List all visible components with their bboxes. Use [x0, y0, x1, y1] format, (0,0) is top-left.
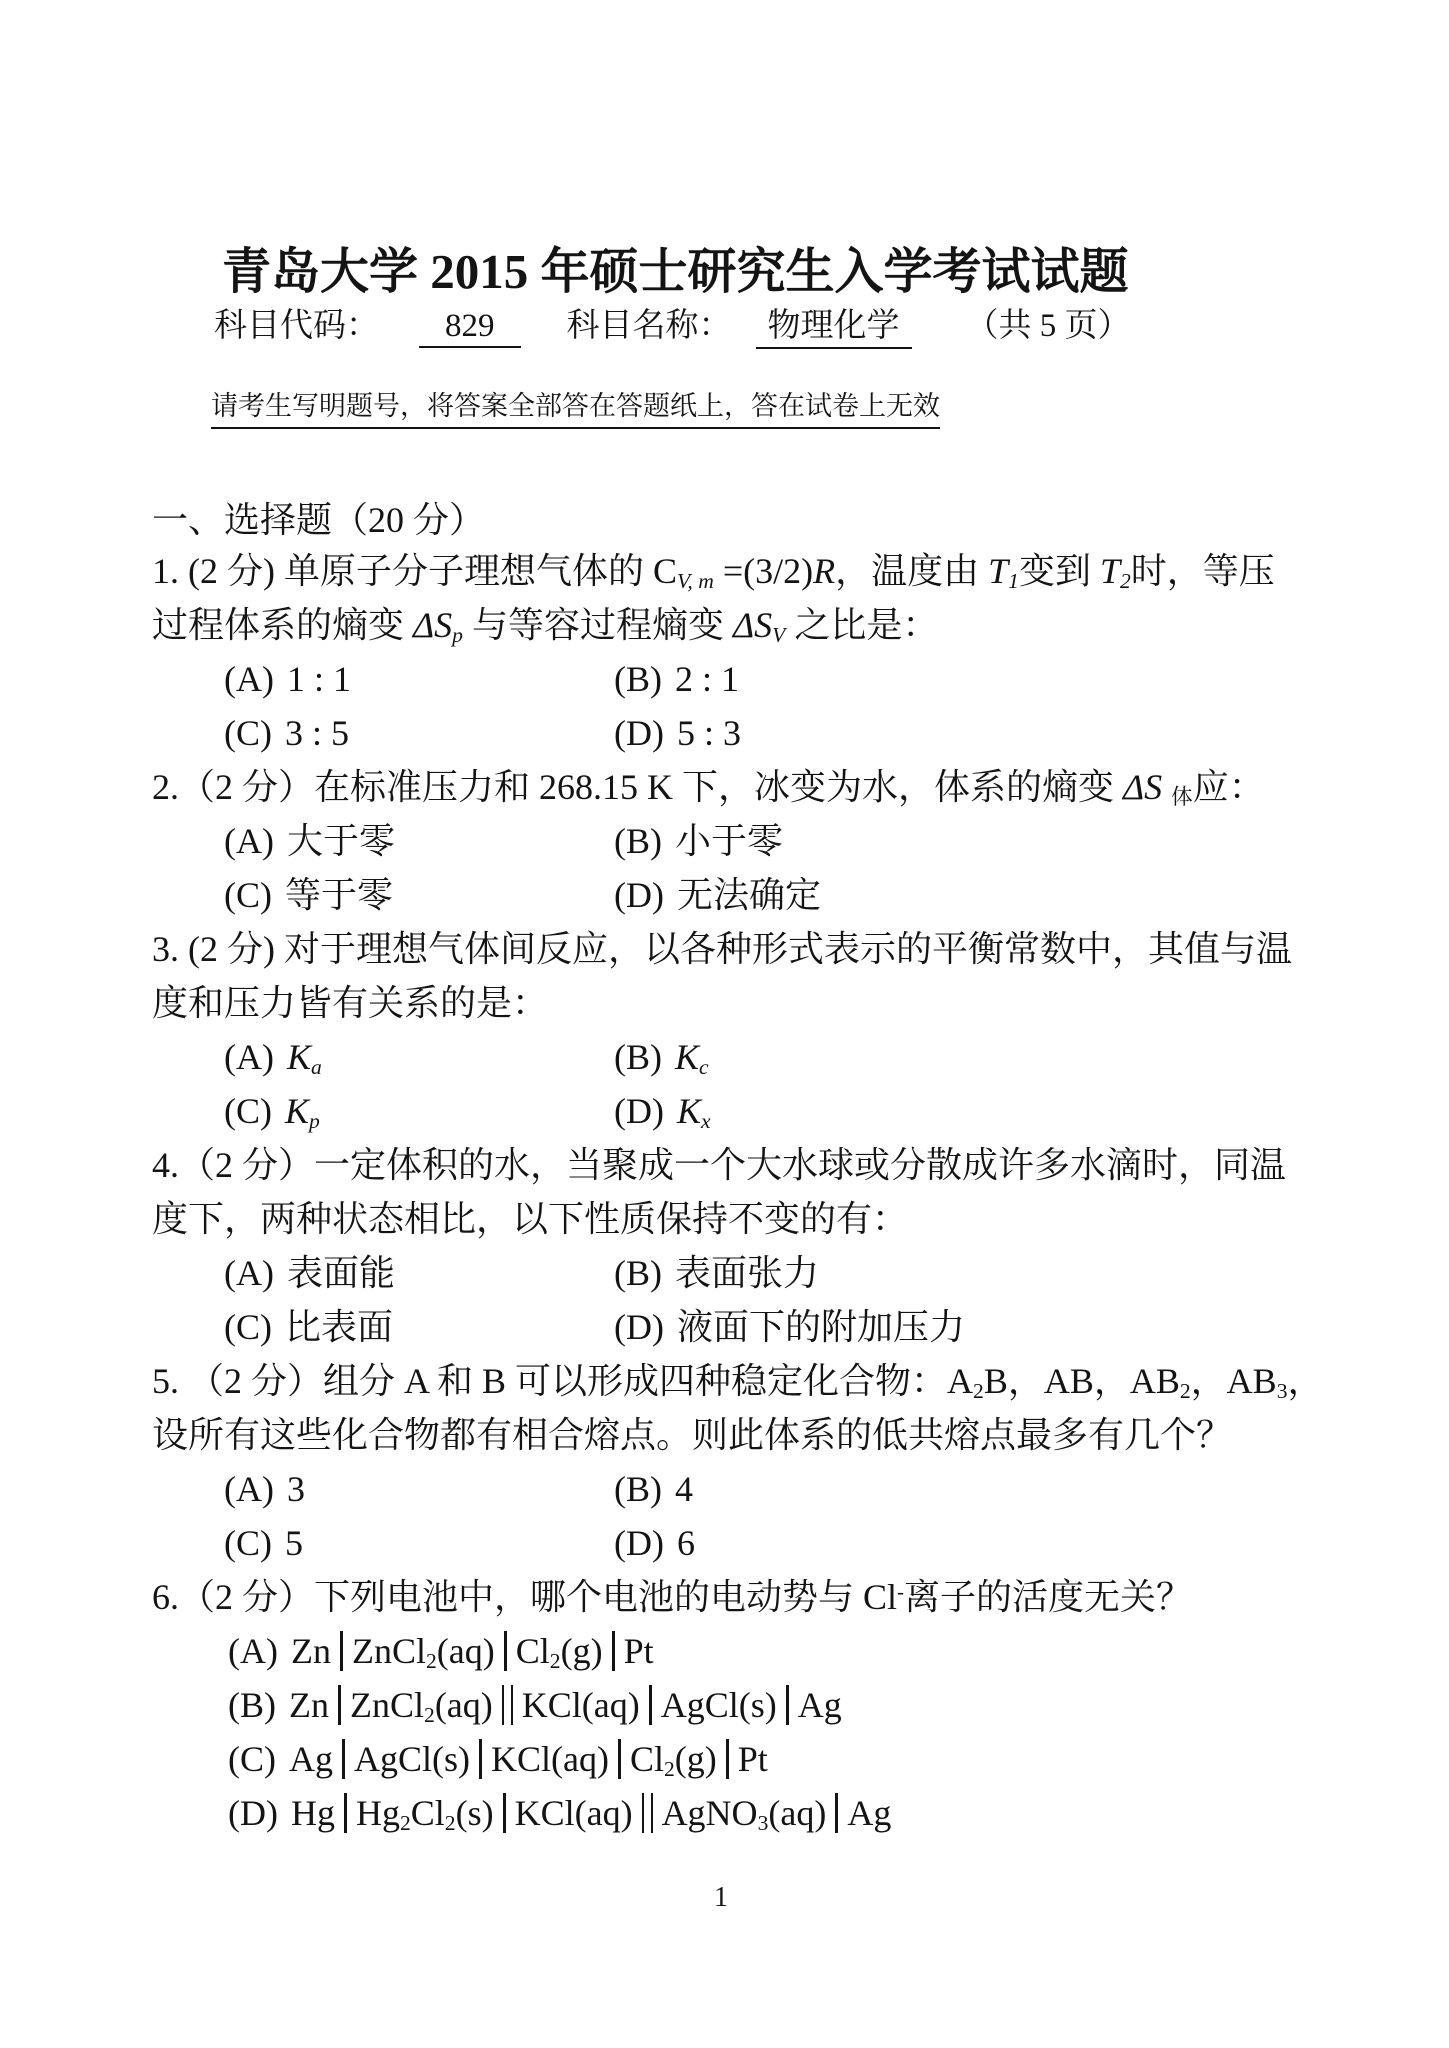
option-6-D: (D)Hg│Hg2Cl2(s)│KCl(aq)‖AgNO3(aq)│Ag [228, 1786, 1327, 1840]
text-segment: 时，等压 [1131, 551, 1275, 591]
text-segment: a [311, 1055, 322, 1079]
text-segment: AgNO [662, 1793, 758, 1833]
text-segment: 1 : 1 [287, 659, 351, 699]
option-label: (A) [224, 1037, 274, 1077]
text-segment: ‖ [642, 1793, 653, 1833]
question-3-stem-line: 度和压力皆有关系的是： [152, 976, 1327, 1030]
option-text: Kp [285, 1091, 320, 1131]
option-text: 3 [287, 1469, 305, 1509]
text-segment: 表面能 [287, 1253, 395, 1293]
subject-code-label: 科目代码： [214, 308, 379, 344]
option-text: 4 [675, 1469, 693, 1509]
option-3-A: (A)Ka [224, 1030, 614, 1084]
option-text: 等于零 [285, 875, 393, 915]
option-5-C: (C)5 [224, 1516, 614, 1570]
question-4-options: (A)表面能(B)表面张力(C)比表面(D)液面下的附加压力 [152, 1246, 1327, 1354]
page-number: 1 [714, 1882, 728, 1914]
option-label: (A) [224, 821, 274, 861]
option-5-A: (A)3 [224, 1462, 614, 1516]
text-segment: │ [649, 1685, 652, 1725]
question-1-stem-line: 1. (2 分) 单原子分子理想气体的 CV, m =(3/2)R，温度由 T1… [152, 544, 1327, 598]
text-segment: 之比是： [785, 605, 938, 645]
text-segment: Zn [291, 1631, 331, 1671]
text-segment: ΔS [733, 605, 772, 645]
text-segment: 度和压力皆有关系的是： [152, 983, 548, 1023]
text-segment: Pt [738, 1739, 768, 1779]
text-segment: 2 [664, 1757, 675, 1781]
question-1-stem-line: 过程体系的熵变 ΔSp 与等容过程熵变 ΔSV 之比是： [152, 598, 1327, 652]
subject-code-value: 829 [419, 308, 521, 348]
question-list: 1. (2 分) 单原子分子理想气体的 CV, m =(3/2)R，温度由 T1… [152, 544, 1327, 1840]
text-segment: │ [342, 1739, 345, 1779]
text-segment: 2 [424, 1703, 435, 1727]
option-text: 1 : 1 [287, 659, 351, 699]
option-text: 大于零 [287, 821, 395, 861]
text-segment: (aq) [437, 1631, 495, 1671]
question-1: 1. (2 分) 单原子分子理想气体的 CV, m =(3/2)R，温度由 T1… [152, 544, 1327, 760]
text-segment: 应： [1193, 767, 1265, 807]
option-4-C: (C)比表面 [224, 1300, 614, 1354]
option-label: (A) [224, 1253, 274, 1293]
text-segment: K [285, 1091, 309, 1131]
text-segment: V, m [677, 569, 714, 593]
text-segment: ， [1287, 1361, 1323, 1401]
option-text: Hg│Hg2Cl2(s)│KCl(aq)‖AgNO3(aq)│Ag [291, 1793, 891, 1833]
text-segment: 6.（2 分）下列电池中，哪个电池的电动势与 Cl [152, 1577, 897, 1617]
text-segment: (aq) [768, 1793, 826, 1833]
option-text: 小于零 [675, 821, 783, 861]
text-segment: │ [618, 1739, 621, 1779]
question-5-stem-line: 5. （2 分）组分 A 和 B 可以形成四种稳定化合物：A2B，AB，AB2，… [152, 1354, 1327, 1408]
option-text: 2 : 1 [675, 659, 739, 699]
option-text: 5 [285, 1523, 303, 1563]
question-3: 3. (2 分) 对于理想气体间反应，以各种形式表示的平衡常数中，其值与温度和压… [152, 922, 1327, 1138]
option-label: (A) [228, 1631, 278, 1671]
text-segment: Cl [630, 1739, 664, 1779]
question-6: 6.（2 分）下列电池中，哪个电池的电动势与 Cl-离子的活度无关？(A)Zn│… [152, 1570, 1327, 1840]
option-label: (C) [224, 1523, 272, 1563]
option-2-B: (B)小于零 [614, 814, 1327, 868]
option-4-A: (A)表面能 [224, 1246, 614, 1300]
option-text: Zn│ZnCl2(aq)│Cl2(g)│Pt [291, 1631, 654, 1671]
answer-sheet-instruction: 请考生写明题号，将答案全部答在答题纸上，答在试卷上无效 [211, 384, 940, 429]
option-2-D: (D)无法确定 [614, 868, 1327, 922]
text-segment: KCl(aq) [491, 1739, 609, 1779]
text-segment: 3 [758, 1811, 769, 1835]
option-label: (D) [614, 875, 664, 915]
option-5-B: (B)4 [614, 1462, 1327, 1516]
text-segment: 3. (2 分) 对于理想气体间反应，以各种形式表示的平衡常数中，其值与温 [152, 929, 1292, 969]
text-segment: 比表面 [285, 1307, 393, 1347]
subject-info-line: 科目代码：829科目名称：物理化学（共 5 页） [214, 299, 1131, 349]
option-label: (B) [614, 659, 662, 699]
text-segment: T [988, 551, 1008, 591]
text-segment: 3 [1277, 1379, 1288, 1403]
subject-name-value: 物理化学 [756, 299, 912, 349]
text-segment: 5. （2 分）组分 A 和 B 可以形成四种稳定化合物：A [152, 1361, 973, 1401]
text-segment: KCl(aq) [515, 1793, 633, 1833]
text-segment: (g) [675, 1739, 717, 1779]
text-segment: Hg [291, 1793, 335, 1833]
option-label: (C) [228, 1739, 276, 1779]
text-segment: │ [344, 1793, 347, 1833]
option-1-D: (D)5 : 3 [614, 706, 1327, 760]
text-segment: ΔS [413, 605, 452, 645]
option-label: (C) [224, 1091, 272, 1131]
question-2-stem-line: 2.（2 分）在标准压力和 268.15 K 下，冰变为水，体系的熵变 ΔS 体… [152, 760, 1327, 814]
option-text: 比表面 [285, 1307, 393, 1347]
option-label: (B) [614, 821, 662, 861]
text-segment: - [897, 1580, 904, 1604]
option-4-B: (B)表面张力 [614, 1246, 1327, 1300]
text-segment: ZnCl [352, 1631, 426, 1671]
text-segment: ZnCl [350, 1685, 424, 1725]
text-segment: p [309, 1109, 320, 1133]
option-text: 5 : 3 [677, 713, 741, 753]
text-segment: AgCl(s) [354, 1739, 470, 1779]
text-segment: =(3/2) [714, 551, 813, 591]
option-label: (A) [224, 659, 274, 699]
text-segment: p [452, 623, 463, 647]
text-segment: ，温度由 [835, 551, 988, 591]
text-segment: 2.（2 分）在标准压力和 268.15 K 下，冰变为水，体系的熵变 [152, 767, 1123, 807]
text-segment: 度下，两种状态相比，以下性质保持不变的有： [152, 1199, 908, 1239]
text-segment: │ [340, 1631, 343, 1671]
text-segment: 2 [1120, 569, 1131, 593]
text-segment: KCl(aq) [522, 1685, 640, 1725]
text-segment: B，AB，AB [984, 1361, 1180, 1401]
text-segment: 体 [1171, 785, 1193, 809]
text-segment: K [677, 1091, 701, 1131]
question-6-options: (A)Zn│ZnCl2(aq)│Cl2(g)│Pt(B)Zn│ZnCl2(aq)… [152, 1624, 1327, 1840]
question-4-stem-line: 度下，两种状态相比，以下性质保持不变的有： [152, 1192, 1327, 1246]
question-6-stem-line: 6.（2 分）下列电池中，哪个电池的电动势与 Cl-离子的活度无关？ [152, 1570, 1327, 1624]
text-segment: K [675, 1037, 699, 1077]
option-label: (B) [228, 1685, 276, 1725]
text-segment: 4.（2 分）一定体积的水，当聚成一个大水球或分散成许多水滴时，同温 [152, 1145, 1286, 1185]
text-segment: Cl [516, 1631, 550, 1671]
text-segment: c [699, 1055, 709, 1079]
text-segment: 无法确定 [677, 875, 821, 915]
text-segment: Hg [356, 1793, 400, 1833]
text-segment: 2 [973, 1379, 984, 1403]
text-segment: x [701, 1109, 711, 1133]
option-text: 3 : 5 [285, 713, 349, 753]
text-segment: AgCl(s) [661, 1685, 777, 1725]
question-5: 5. （2 分）组分 A 和 B 可以形成四种稳定化合物：A2B，AB，AB2，… [152, 1354, 1327, 1570]
option-3-D: (D)Kx [614, 1084, 1327, 1138]
text-segment: │ [503, 1793, 506, 1833]
text-segment: 6 [677, 1523, 695, 1563]
text-segment: │ [612, 1631, 615, 1671]
page-title: 青岛大学 2015 年硕士研究生入学考试试题 [222, 233, 1129, 303]
option-text: Ka [287, 1037, 322, 1077]
text-segment: │ [504, 1631, 507, 1671]
text-segment: ‖ [502, 1685, 513, 1725]
text-segment: 液面下的附加压力 [677, 1307, 965, 1347]
text-segment: │ [835, 1793, 838, 1833]
question-1-options: (A)1 : 1(B)2 : 1(C)3 : 5(D)5 : 3 [152, 652, 1327, 760]
option-text: 6 [677, 1523, 695, 1563]
option-label: (B) [614, 1253, 662, 1293]
option-label: (B) [614, 1469, 662, 1509]
text-segment: 1 [1008, 569, 1019, 593]
text-segment: 2 [400, 1811, 411, 1835]
option-text: 无法确定 [677, 875, 821, 915]
option-label: (D) [228, 1793, 278, 1833]
text-segment: (s) [456, 1793, 494, 1833]
text-segment: Ag [798, 1685, 842, 1725]
option-text: Kx [677, 1091, 711, 1131]
question-4-stem-line: 4.（2 分）一定体积的水，当聚成一个大水球或分散成许多水滴时，同温 [152, 1138, 1327, 1192]
subject-name-label: 科目名称： [567, 308, 732, 344]
text-segment: │ [786, 1685, 789, 1725]
question-4: 4.（2 分）一定体积的水，当聚成一个大水球或分散成许多水滴时，同温度下，两种状… [152, 1138, 1327, 1354]
option-label: (D) [614, 1307, 664, 1347]
text-segment: 5 : 3 [677, 713, 741, 753]
option-text: Zn│ZnCl2(aq)‖KCl(aq)│AgCl(s)│Ag [289, 1685, 842, 1725]
text-segment: Pt [624, 1631, 654, 1671]
text-segment: │ [726, 1739, 729, 1779]
option-text: Ag│AgCl(s)│KCl(aq)│Cl2(g)│Pt [289, 1739, 768, 1779]
text-segment: 2 [426, 1649, 437, 1673]
text-segment: V [772, 623, 785, 647]
option-text: Kc [675, 1037, 709, 1077]
text-segment: R [813, 551, 835, 591]
text-segment: │ [479, 1739, 482, 1779]
option-2-A: (A)大于零 [224, 814, 614, 868]
option-label: (D) [614, 1091, 664, 1131]
option-text: 表面张力 [675, 1253, 819, 1293]
option-text: 表面能 [287, 1253, 395, 1293]
option-6-A: (A)Zn│ZnCl2(aq)│Cl2(g)│Pt [228, 1624, 1327, 1678]
text-segment: 离子的活度无关？ [904, 1577, 1192, 1617]
text-segment: 3 [287, 1469, 305, 1509]
text-segment: ΔS [1123, 767, 1171, 807]
text-segment: 2 : 1 [675, 659, 739, 699]
text-segment: 大于零 [287, 821, 395, 861]
text-segment: 表面张力 [675, 1253, 819, 1293]
question-2-options: (A)大于零(B)小于零(C)等于零(D)无法确定 [152, 814, 1327, 922]
text-segment: 1. (2 分) 单原子分子理想气体的 C [152, 551, 677, 591]
text-segment: 等于零 [285, 875, 393, 915]
text-segment: 2 [1180, 1379, 1191, 1403]
option-1-C: (C)3 : 5 [224, 706, 614, 760]
option-1-B: (B)2 : 1 [614, 652, 1327, 706]
option-4-D: (D)液面下的附加压力 [614, 1300, 1327, 1354]
option-text: 液面下的附加压力 [677, 1307, 965, 1347]
section-heading: 一、选择题（20 分） [152, 492, 485, 543]
text-segment: Zn [289, 1685, 329, 1725]
option-6-C: (C)Ag│AgCl(s)│KCl(aq)│Cl2(g)│Pt [228, 1732, 1327, 1786]
text-segment: │ [338, 1685, 341, 1725]
exam-paper-page: 青岛大学 2015 年硕士研究生入学考试试题 科目代码：829科目名称：物理化学… [0, 0, 1449, 2048]
question-5-stem-line: 设所有这些化合物都有相合熔点。则此体系的低共熔点最多有几个？ [152, 1408, 1327, 1462]
option-1-A: (A)1 : 1 [224, 652, 614, 706]
option-label: (D) [614, 713, 664, 753]
option-3-B: (B)Kc [614, 1030, 1327, 1084]
text-segment: ，AB [1191, 1361, 1277, 1401]
text-segment: (aq) [435, 1685, 493, 1725]
option-label: (B) [614, 1037, 662, 1077]
text-segment: (g) [561, 1631, 603, 1671]
text-segment: 5 [285, 1523, 303, 1563]
option-3-C: (C)Kp [224, 1084, 614, 1138]
text-segment: 过程体系的熵变 [152, 605, 413, 645]
text-segment: 与等容过程熵变 [463, 605, 733, 645]
text-segment: 小于零 [675, 821, 783, 861]
text-segment: 变到 [1019, 551, 1100, 591]
text-segment: 2 [445, 1811, 456, 1835]
option-label: (A) [224, 1469, 274, 1509]
option-label: (D) [614, 1523, 664, 1563]
question-5-options: (A)3(B)4(C)5(D)6 [152, 1462, 1327, 1570]
text-segment: Ag [289, 1739, 333, 1779]
option-6-B: (B)Zn│ZnCl2(aq)‖KCl(aq)│AgCl(s)│Ag [228, 1678, 1327, 1732]
option-label: (C) [224, 713, 272, 753]
total-pages-note: （共 5 页） [966, 308, 1131, 344]
option-label: (C) [224, 875, 272, 915]
text-segment: 设所有这些化合物都有相合熔点。则此体系的低共熔点最多有几个？ [152, 1415, 1232, 1455]
text-segment: T [1100, 551, 1120, 591]
text-segment: Cl [411, 1793, 445, 1833]
text-segment: Ag [847, 1793, 891, 1833]
option-2-C: (C)等于零 [224, 868, 614, 922]
option-5-D: (D)6 [614, 1516, 1327, 1570]
question-3-stem-line: 3. (2 分) 对于理想气体间反应，以各种形式表示的平衡常数中，其值与温 [152, 922, 1327, 976]
question-2: 2.（2 分）在标准压力和 268.15 K 下，冰变为水，体系的熵变 ΔS 体… [152, 760, 1327, 922]
option-label: (C) [224, 1307, 272, 1347]
question-3-options: (A)Ka(B)Kc(C)Kp(D)Kx [152, 1030, 1327, 1138]
text-segment: 2 [550, 1649, 561, 1673]
text-segment: K [287, 1037, 311, 1077]
text-segment: 4 [675, 1469, 693, 1509]
text-segment: 3 : 5 [285, 713, 349, 753]
